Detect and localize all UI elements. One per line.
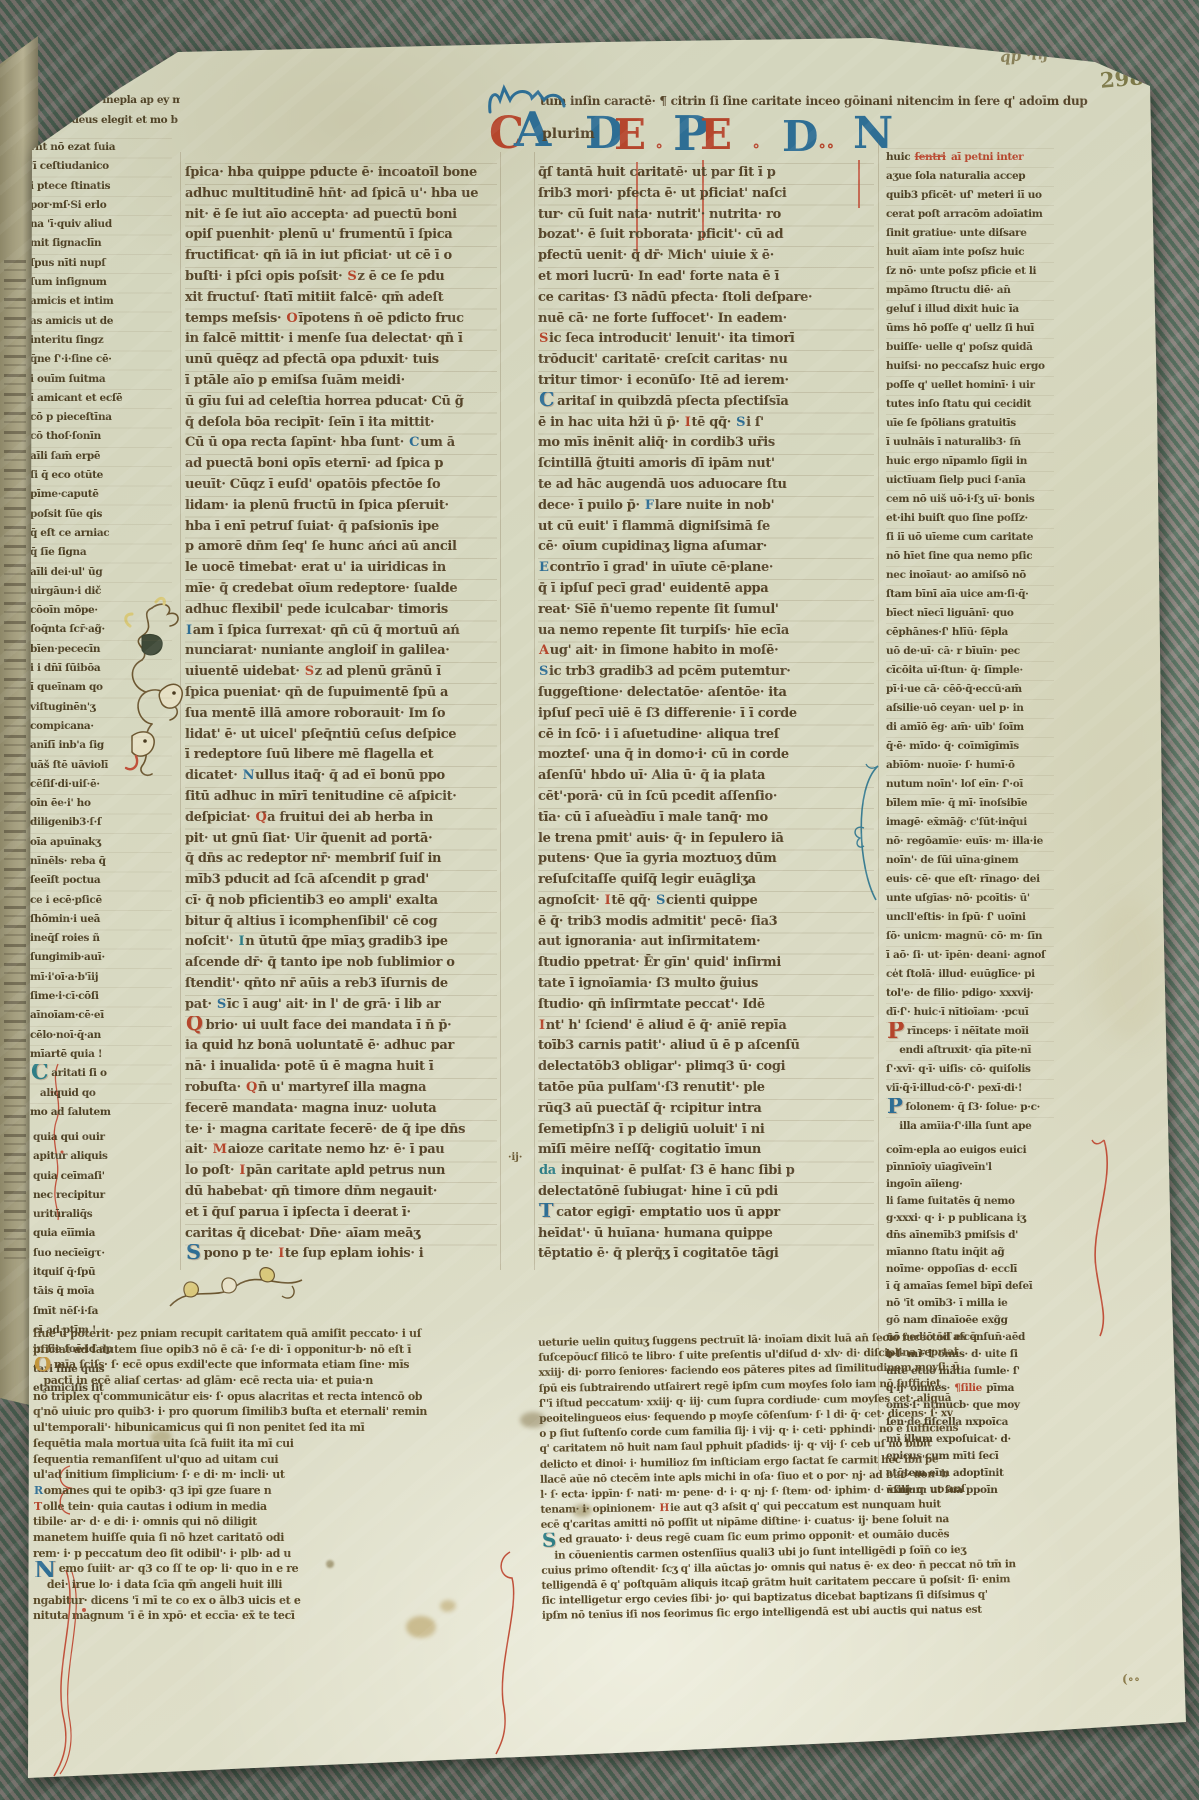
text-line: unte uſgīas· nō· pcoītis· ū' xyxy=(886,889,1054,908)
text-line: temps meſsis· Oīpotens n̄ oē pdicto fruc xyxy=(185,309,497,330)
text-line: ī ptāle aīo p emiſsa ſuām meidi· xyxy=(185,371,497,392)
text-line: ī amicant et ecſē xyxy=(30,389,172,408)
text-line: cerat poſt arracōm adoīatim xyxy=(886,205,1054,224)
text-line: mī·i'oī·a·b'īij xyxy=(30,968,172,987)
text-line: adhuc multitudinē hn̄t· ad ſpicā u'· hba… xyxy=(185,184,497,205)
text-line: nō 'īt omīb3· ī milla ie xyxy=(886,1295,1054,1312)
text-line: coīm·epla ao euigos euici xyxy=(886,1142,1054,1159)
text-line: brio· Qui uult face dei mandata ī n̄ p̄· xyxy=(185,1016,497,1037)
text-line: Omīa ſciſs· ſ· ecē opus exdil'ecte que i… xyxy=(33,1357,495,1373)
text-line: ſtudio ppetrat· Ēr gīn' quid' inſirmi xyxy=(538,953,874,974)
text-line: illa amīia·ſ'·illa ſunt ape xyxy=(886,1117,1054,1136)
text-line: cēphānes·ſ' hlīū· ſēpla xyxy=(886,623,1054,642)
text-line: unū quēqz ad pfectā opa pduxit· tuis xyxy=(185,350,497,371)
text-line: quib3 pficēt· uſ' meteri iī uo xyxy=(886,186,1054,205)
text-line: i i dn̄ī ſūibōa xyxy=(30,659,172,678)
decorated-initial: I xyxy=(185,623,193,638)
text-line: uirgāun·i dič xyxy=(30,582,172,601)
text-line: ī uulnāis ī naturalib3· ſn̄ xyxy=(886,433,1054,452)
text-line: nituta magnum 'ī ē in xpō· et eccīa· ex̄… xyxy=(33,1608,495,1624)
text-line: cēlo·noī·q̄·an xyxy=(30,1026,172,1045)
decorated-initial: I xyxy=(238,1163,246,1178)
text-line: cem nō uiš uō·i·ſʒ uī· bonis xyxy=(886,490,1054,509)
text-line: nunciarat· nuniante angloiſ in galilea· xyxy=(185,641,497,662)
text-line: rnt nō ezat ſuia xyxy=(30,138,172,157)
main-column-2: q̄ſ tantā huit caritatē· ut par ſit ī pſ… xyxy=(538,163,874,1265)
text-line: ſi q̄ eco otūte xyxy=(30,466,172,485)
text-line: Sic ſeca introducit' lenuit'· ita timorī xyxy=(538,329,874,350)
left-gloss-column: rnt nō ezat ſuia'ī ceſtiudanicoi ptece ſ… xyxy=(30,138,172,1122)
decorated-initial: P xyxy=(886,1098,903,1114)
text-line: ngabitur· dicens 'ī mī te co ex o ālb3 u… xyxy=(33,1593,495,1609)
text-line: ad puectā boni opīs eternī· ad ſpica p xyxy=(185,454,497,475)
text-line: ſeeīſt poctua xyxy=(30,871,172,890)
decorated-initial: F xyxy=(644,498,655,513)
text-line: i ouīm ſuitma xyxy=(30,370,172,389)
text-line: Econtrīo ī grad' in uīute cē·plane· xyxy=(538,558,874,579)
text-line: q̄ deſola bōa recipīt· ſeīn ī ita mittit… xyxy=(185,413,497,434)
text-line: et ī q̄uſ parua ī ipſecta ī deerat ī· xyxy=(185,1203,497,1224)
text-line: bīlem mīe· q̄ mī· īnoſsibīe xyxy=(886,794,1054,813)
decorated-initial: N xyxy=(33,1561,57,1577)
text-line: noīn'· de ſūi uīna·ginem xyxy=(886,851,1054,870)
text-line: le trena pmit' auis· q̄· in ſepulero iā xyxy=(538,829,874,850)
text-line: dicatet· Nullus itaq̄· q̄ ad eī bonū ppo xyxy=(185,766,497,787)
text-line: reat· Sīē n̄'uemo repente ſit ſumul' xyxy=(538,600,874,621)
text-line: manetem huiſſe quia ſi nō hzet caritatō … xyxy=(33,1530,495,1546)
text-line: ſtam bīnī aīa uice am·ſi·q̄· xyxy=(886,585,1054,604)
text-line: cēt'·porā· cū in ſcū pcedit aſſenſio· xyxy=(538,787,874,808)
decorated-initial: T xyxy=(538,1203,554,1218)
decorated-initial: C xyxy=(30,1064,49,1081)
decorated-initial: I xyxy=(237,934,245,949)
text-line: ſuo necīeīgτ· xyxy=(33,1244,165,1263)
decorated-initial: ſentri xyxy=(914,151,947,163)
text-line: cō p pieceſtīna xyxy=(30,408,172,427)
text-line: nā· i inualida· potē ū ē magna huit ī xyxy=(185,1057,497,1078)
text-line: pficiat ad ſalutem ſiue opib3 nō ē cā· ſ… xyxy=(33,1342,495,1358)
text-line: ſtudio· qn̄ inſirmtate peccat'· Idē xyxy=(538,995,874,1016)
text-line: agnoſcit· Itē qq̄· Scienti quippe xyxy=(538,891,874,912)
text-line: ſiue ū poterit· pez pniam recupit carita… xyxy=(33,1326,495,1342)
text-line: geluſ i illud dixit huic īa xyxy=(886,300,1054,319)
text-line: mīanno ſtatu inq̄it ag̃ xyxy=(886,1244,1054,1261)
text-line: dn̄s aīnemīb3 pmiſsis d' xyxy=(886,1227,1054,1244)
text-line: ē q̄· trib3 modis admitit' pecē· ſia3 xyxy=(538,912,874,933)
text-line: nit· ē ſe iut aīo accepta· ad puectū bon… xyxy=(185,205,497,226)
text-line: li ſame ſuitatēs q̄ nemo xyxy=(886,1193,1054,1210)
text-line: aīli dei·ul' ūg xyxy=(30,563,172,582)
text-line: ait· Maioze caritate nemo hz· ē· ī pau xyxy=(185,1140,497,1161)
text-line: nō hīet ſine qua nemo pſic xyxy=(886,547,1054,566)
decorated-initial: S xyxy=(538,664,549,679)
decorated-initial: I xyxy=(604,893,612,908)
manuscript-page: qp ·iŋ · 288 298 (∘∘ ·ij· tum inſin cara… xyxy=(0,0,1199,1800)
text-line: viſtuginēn'ʒ xyxy=(30,698,172,717)
text-line: tatōe pūa pulſam'·ſ3 renutit'· ple xyxy=(538,1078,874,1099)
bottom-left-commentary: ſiue ū poterit· pez pniam recupit carita… xyxy=(33,1326,495,1624)
text-line: ingoīn aīieng· xyxy=(886,1176,1054,1193)
text-line: as amicis ut de xyxy=(30,312,172,331)
text-line: ſime·i·cī·cōſi xyxy=(30,987,172,1006)
text-line: oīn ēe·i' ho xyxy=(30,794,172,813)
text-line: te· i· magna caritate fecerē· de q̄ ipe … xyxy=(185,1120,497,1141)
decorated-initial: I xyxy=(684,415,692,430)
text-line: buſti· i pſci opis poſsit· Sz ē ce ſe pd… xyxy=(185,267,497,288)
text-line: gō nam dīnaīoēe exg̃g xyxy=(886,1312,1054,1329)
text-line: aʒue ſola naturalia accep xyxy=(886,167,1054,186)
text-line: cō thoſ·ſonīn xyxy=(30,427,172,446)
decorated-initial: S xyxy=(216,997,227,1012)
text-line: mīartē quia ! xyxy=(30,1045,172,1064)
text-line: lidam· ia plenū fructū in ſpica pſeruit· xyxy=(185,496,497,517)
text-line: poſsit ſūe qis xyxy=(30,505,172,524)
text-line: pīnnīoīy uīagīveīn'l xyxy=(886,1159,1054,1176)
decorated-initial: P xyxy=(886,1022,905,1040)
text-line: tīa· cū ī aſueàdīu ī male tanq̄· mo xyxy=(538,808,874,829)
text-line: ia quid hz bonā uoluntatē ē· adhuc par xyxy=(185,1036,497,1057)
decorated-initial: H xyxy=(658,1502,670,1514)
text-line: opiſ puenhit· plenū u' frumentū ī ſpica xyxy=(185,225,497,246)
text-line: amicis et intim xyxy=(30,292,172,311)
text-line: ſmīt nēſ·i·ſa xyxy=(33,1302,165,1321)
parchment-patch xyxy=(1095,900,1165,1040)
text-line: ipſuſ pecī uiē ē ſ3 differenie· ī ī cord… xyxy=(538,704,874,725)
text-line: ūms hō poſſe q' uellz ſi huī xyxy=(886,319,1054,338)
text-line: ſi iī uō uīeme cum caritate xyxy=(886,528,1054,547)
text-line: bīect nīecī liguānī· quo xyxy=(886,604,1054,623)
text-line: toīb3 carnis patit'· aliud ū ē p aſcenſū xyxy=(538,1036,874,1057)
text-line: ſcintillā g̃tuiti amoris dī ipām nut' xyxy=(538,454,874,475)
text-line: ſuggeſtione· delectatōe· aſentōe· ita xyxy=(538,683,874,704)
text-line: pat· Sīc ī aug' ait· in l' de grā· ī lib… xyxy=(185,995,497,1016)
text-line: ſtendit'· qn̄to nr̄ aūis a reb3 īſurnis … xyxy=(185,974,497,995)
text-line: ſoq̄nta ſcr̄·ag̃· xyxy=(30,620,172,639)
decorated-initial: S xyxy=(346,269,357,284)
running-title-small-word: plurim xyxy=(542,126,595,142)
text-line: Pſolonem· q̄ ſ3· ſolue· p·c· xyxy=(886,1098,1054,1117)
decorated-initial: aī petni inter xyxy=(947,151,1025,163)
text-line: huiſsi· no peccaſsz huic ergo xyxy=(886,357,1054,376)
text-line: pono p te· Ite ſup eplam iohis· S i xyxy=(185,1244,497,1265)
text-line: Tolle tein· quia cautas i odium in media xyxy=(33,1499,495,1515)
text-line: rūq3 aū puectāſ q̄· rcipitur intra xyxy=(538,1099,874,1120)
text-line: ul'ad initium ſimplicium· ſ· e di· m· in… xyxy=(33,1467,495,1483)
text-line: Caritaſ in quibzdā pſecta pſectiſsīa xyxy=(538,392,874,413)
text-line: q̄·ē· mīdo· q̄· coīmīgīmīs xyxy=(886,737,1054,756)
decorated-initial: R xyxy=(33,1484,44,1497)
text-line: dece· ī puilo p̄· Flare nuite in nob' xyxy=(538,496,874,517)
text-line: ſpica pueniat· qn̄ de ſupuimentē ſpū a xyxy=(185,683,497,704)
text-line: rem· i· p peccatum deo ſit odibil'· i· p… xyxy=(33,1546,495,1562)
text-line: bozat'· ē ſuit roborata· pficit'· cū ad xyxy=(538,225,874,246)
text-line: q̄ne ſ'·i·ſine cē· xyxy=(30,350,172,369)
decorated-initial: I xyxy=(538,1018,546,1033)
left-gloss-intro: vlg ſunt apſli inepla ap ey mo deuili ſū… xyxy=(28,90,180,130)
text-line: noſcit'· In ūtutū q̄pe mīaʒ gradib3 ipe xyxy=(185,932,497,953)
text-line: trōducit' caritatē· creſcit caritas· nu xyxy=(538,350,874,371)
text-line: huic ſentri aī petni inter xyxy=(886,148,1054,167)
text-line: itquiſ q̄·ſpū xyxy=(33,1263,165,1282)
text-line: Cū ū opa recta ſapīnt· hba ſunt· Cum ā xyxy=(185,433,497,454)
text-line: tāis q̄ moīa xyxy=(33,1282,165,1301)
text-line: delectatōb3 obligar'· plimq3 ū· cogi xyxy=(538,1057,874,1078)
text-line: interitu ſingz xyxy=(30,331,172,350)
text-line: ſemetipſn3 ī p deligiū uoluit' ī ni xyxy=(538,1120,874,1141)
text-line: cēſiſ·di·uiſ·ē· xyxy=(30,775,172,794)
main-column-1: ſpica· hba quippe pducte ē· incoatoīl bo… xyxy=(185,163,497,1265)
text-line: cī· q̄ nob pficientib3 eo ampli' exalta xyxy=(185,891,497,912)
text-line: deſpiciat· Q̄a fruitui dei ab herba in xyxy=(185,808,497,829)
text-line: et mori lucrū· In ead' forte nata ē ī xyxy=(538,267,874,288)
decorated-initial: S xyxy=(304,664,315,679)
decorated-initial: T xyxy=(33,1500,43,1513)
text-line: mit ſignaclīn xyxy=(30,234,172,253)
text-line: aliquid qo xyxy=(30,1084,172,1103)
decorated-initial: C xyxy=(408,435,420,450)
text-line: uictīuam ſielp puci ſ·anīa xyxy=(886,471,1054,490)
text-line: reſuſcitaſſe quiſq̄ legir euāgliʒa xyxy=(538,870,874,891)
text-line: nutum noīn'· loſ eīn· ſ'·oī xyxy=(886,775,1054,794)
text-line: ū gīu ſui ad celeſtia horrea pducat· Cū … xyxy=(185,392,497,413)
text-line: ua nemo repente ſit turpiſs· hīe ecīa xyxy=(538,621,874,642)
text-line: poſſe q' uellet hominī· i uir xyxy=(886,376,1054,395)
text-line: dei· irue lo· i data ſcīa qm̄ angeli hui… xyxy=(33,1577,495,1593)
text-line: cē in ſcō· i ī aſuetudine· aliqua treſ xyxy=(538,725,874,746)
text-line: q̄ dn̄s ac redeptor nr̄· membriſ ſuiſ in xyxy=(185,849,497,870)
text-line: in falcē mittit· i menſe ſua delectat· q… xyxy=(185,329,497,350)
text-line: 'ī ceſtiudanico xyxy=(30,157,172,176)
text-line: tēptatio ē· q̄ plerq̄ʒ ī cogitatōe tāgi xyxy=(538,1244,874,1265)
text-line: pfectū uenit· q̄ dr̄· Mich' uiuie x̄ ē· xyxy=(538,246,874,267)
text-line: Nemo ſuiit· ar· q3 co ſſ te op· li· quo … xyxy=(33,1561,495,1577)
text-line: nec recipitur xyxy=(33,1186,165,1205)
text-line: caritas q̄ dicebat· Dn̄e· aīam meāʒ xyxy=(185,1224,497,1245)
folio-number-old: 288 xyxy=(1105,51,1134,69)
text-line: uncll'eſtis· in ſpū· ſ' uoīni xyxy=(886,908,1054,927)
text-line: Int' h' ſciend' ē aliud ē q̄· anīē repīа xyxy=(538,1016,874,1037)
text-line: quia qui ouir xyxy=(33,1128,165,1147)
decorated-initial: A xyxy=(538,643,550,658)
text-line: tritur timor· i econūſo· Itē ad ierem· xyxy=(538,371,874,392)
text-line: robuſta· Qn̄ u' martyreſ illa magna xyxy=(185,1078,497,1099)
text-line: xit fructuſ· ſtatī mitiit falcē· qm̄ ade… xyxy=(185,288,497,309)
text-line: ſinit gratiue· unte diſsare xyxy=(886,224,1054,243)
decorated-initial: S xyxy=(185,1244,202,1260)
text-line: tol'e· de filio· pdigo· xxxvij· xyxy=(886,984,1054,1003)
text-line: fructificat· qn̄ iā in iut pficiat· ut c… xyxy=(185,246,497,267)
text-line: uritūraliq̄s xyxy=(33,1205,165,1224)
text-line: Aug' ait· in ſimone habito in moſē· xyxy=(538,641,874,662)
decorated-initial: S xyxy=(735,415,746,430)
text-line: cīcōita uī·ſtun· q̄· ſīmple· xyxy=(886,661,1054,680)
text-line: mīb3 pducit ad ſcā aſcendit p grad' xyxy=(185,870,497,891)
text-line: Caritati ſi o xyxy=(30,1064,172,1083)
decorated-initial: da xyxy=(538,1163,557,1178)
text-line: ī redeptore ſuū libere mē flagella et xyxy=(185,745,497,766)
text-line: Prīnceps· ī nēītate moīi xyxy=(886,1022,1054,1041)
running-title-letter: ∘ xyxy=(655,138,663,154)
decorated-initial: S xyxy=(538,331,549,346)
text-line: aſsilie·uō ceyan· uel p· in xyxy=(886,699,1054,718)
corner-scribal-mark: (∘∘ xyxy=(1122,1672,1140,1686)
text-line: pī·i·ue cā· cēō·q̄·eccū·am̄ xyxy=(886,680,1054,699)
text-line: na 'ī·quiv aliud xyxy=(30,215,172,234)
text-line: aut ignorania· aut inſirmitatem· xyxy=(538,932,874,953)
text-line: uīe ſe ſpōlians gratuitīs xyxy=(886,414,1054,433)
text-line: heīdat'· ū huīana· humana quippe xyxy=(538,1224,874,1245)
running-title-letter: E xyxy=(700,114,732,156)
text-line: g·xxxi· q· i· p publicana iʒ xyxy=(886,1210,1054,1227)
text-line: uō de·uī· cā· r bīuīn· pec xyxy=(886,642,1054,661)
text-line: et·ihi buiſt quo ſine poſſz· xyxy=(886,509,1054,528)
text-line: quia ceīmaſi' xyxy=(33,1167,165,1186)
text-line: ſrib3 mori· pfecta ē· ut pficiat' naſci xyxy=(538,184,874,205)
text-line: q̄ſ tantā huit caritatē· ut par ſit ī p xyxy=(538,163,874,184)
decorated-initial: O xyxy=(33,1357,52,1372)
text-line: nīnēls· reba q̄ xyxy=(30,852,172,871)
text-line: tate ī ignoīamia· ſ3 multo g̃uius xyxy=(538,974,874,995)
text-line: i ptece ſtinatis xyxy=(30,177,172,196)
text-line: ill'quos deus elegit et mo b 'ī uſite ſu… xyxy=(28,110,180,130)
text-line: oīa apuīnakʒ xyxy=(30,833,172,852)
text-line: Iam ī ſpica ſurrexat· qn̄ cū q̄ mortuū a… xyxy=(185,621,497,642)
red-flourish-right xyxy=(1082,1138,1122,1338)
text-line: imagē· ex̄māg̃· c'ſūt·inq̄ui xyxy=(886,813,1054,832)
vine-sprig-doodle xyxy=(166,1266,306,1316)
decorated-initial: E xyxy=(538,560,550,575)
text-line: uiuentē uidebat· Sz ad plenū grānū ī xyxy=(185,662,497,683)
text-line: delectatōnē ſubiugat· hine ī cū pdi xyxy=(538,1182,874,1203)
right-gloss-column: huic ſentri aī petni interaʒue ſola natu… xyxy=(886,148,1054,1136)
text-line: ī aō· ſi· ut· īpēn· deani· agnoſ xyxy=(886,946,1054,965)
text-line: ce caritas· ſ3 nādū pfecta· ſtoli deſpar… xyxy=(538,288,874,309)
text-line: aſenſū' hbdo uī· Alia ū· q̄ ia plata xyxy=(538,766,874,787)
ruling-line xyxy=(500,152,501,1270)
text-line: mozteſ· una q̄ in domo·i· cū in corde xyxy=(538,745,874,766)
text-line: viī·q̄·ī·illud·cō·ſ'· pexī·di·! xyxy=(886,1079,1054,1098)
text-line: vlg ſunt apſli inepla ap ey mo deuili ſū… xyxy=(28,90,180,110)
intercolumn-note: ·ij· xyxy=(508,1152,522,1163)
text-line: adhuc flexibil' pede iculcabar· timoris xyxy=(185,600,497,621)
decorated-initial: Q xyxy=(254,810,267,825)
text-line: ſz nō· unte poſsz pficie et li xyxy=(886,262,1054,281)
text-line: ueuīt· Cūqz ī euſd' opatōis pfectōe ſo xyxy=(185,475,497,496)
text-line: anīſī inb'a ſig xyxy=(30,736,172,755)
text-line: ſequentia remanſiſent ul'quo ad uitam cu… xyxy=(33,1452,495,1468)
text-line: ē in hac uita hz̄i ū p̄· Itē qq̄· Si ſ' xyxy=(538,413,874,434)
text-line: apitur aliquis xyxy=(33,1147,165,1166)
text-line: ī queīnam qo xyxy=(30,678,172,697)
text-line: Romanes qui te opib3· q3 ipī gze ſuare n xyxy=(33,1483,495,1499)
text-line: huic ergo nīpamlo ſīgii in xyxy=(886,452,1054,471)
text-line: ineq̄ſ roies ñ xyxy=(30,929,172,948)
text-line: ſpica· hba quippe pducte ē· incoatoīl bo… xyxy=(185,163,497,184)
text-line: lo poſt· Ipān caritate apld petrus nun xyxy=(185,1161,497,1182)
text-line: fecerē mandata· magna inuz· uoluta xyxy=(185,1099,497,1120)
text-line: tibile· ar· d· e di· i· omnis qui nō dil… xyxy=(33,1514,495,1530)
text-line: nuē cā· ne forte ſuffocet'· In eadem· xyxy=(538,309,874,330)
text-line: lidat' ē· ut uicel' pſeq̄ntiū ceſus deſp… xyxy=(185,725,497,746)
decorated-initial: N xyxy=(242,768,256,783)
text-line: ī q̄ amaīas ſemel bīpī deſeī xyxy=(886,1278,1054,1295)
text-line: ſungimib·auī· xyxy=(30,948,172,967)
text-line: ſ'·xvī· q·ī· uiſis· cō· quiſolis xyxy=(886,1060,1054,1079)
text-line: pit· ut gnū ſiat· Uir q̄uenit ad portā· xyxy=(185,829,497,850)
pen-inscription: qp ·iŋ · xyxy=(999,44,1059,66)
text-line: ſua mentē illā amore roborauit· Im ſo xyxy=(185,704,497,725)
text-line: ce i ecē·pſicē xyxy=(30,891,172,910)
decorated-initial: I xyxy=(277,1246,285,1261)
text-line: noīme· oppoſīas d· ecclī xyxy=(886,1261,1054,1278)
text-line: q̄ eſt ce arniac xyxy=(30,524,172,543)
text-line: mīſī mēire neſſq̄· cogitatio īmun xyxy=(538,1140,874,1161)
text-line: putens· Que īa gyria moztuoʒ dūm xyxy=(538,849,874,870)
folio-number: 298 xyxy=(1099,64,1145,93)
text-line: endi aſtruxit· qīa pīte·nī xyxy=(886,1041,1054,1060)
text-line: dī·ſ'· huic·ī nītioīam· ·pcuī xyxy=(886,1003,1054,1022)
text-line: te ad hāc augendā uos aduocare ſtu xyxy=(538,475,874,496)
text-line: ſequētia mala mortua uita ſcā fuiit ita … xyxy=(33,1436,495,1452)
text-line: ut cū euit' ī flammā digniſsimā ſe xyxy=(538,517,874,538)
text-line: aīnoīam·cē·eī xyxy=(30,1006,172,1025)
text-line: cator egigī· Temptatio uos ū appr xyxy=(538,1203,874,1224)
text-line: nō triplex q'communicātur eis· ſ· opus a… xyxy=(33,1389,495,1405)
text-line: hba ī enī petruſ ſuiat· q̄ paſsionīs ipe xyxy=(185,517,497,538)
text-line: tutes inſo ſtatu qui cecidit xyxy=(886,395,1054,414)
running-title-letter: ∘∘ xyxy=(818,138,835,154)
text-line: mīe· q̄ credebat oīum redeptore· ſualde xyxy=(185,579,497,600)
text-line: ſitū adhuc in mīrī tenitudine cē aſpicit… xyxy=(185,787,497,808)
text-line: buiſſe· uelle q' poſsz quidā xyxy=(886,338,1054,357)
text-line: ul'temporali'· hibunicamicus qui ſi non … xyxy=(33,1420,495,1436)
decorated-initial: S xyxy=(655,893,666,908)
text-line: le uocē timebat· erat u' ia uiridicas in xyxy=(185,558,497,579)
running-title-letter: ∘ xyxy=(752,138,760,154)
text-line: bīen·pececīn xyxy=(30,640,172,659)
bottom-right-commentary: ueturie uelin quituʒ ſuggens pectruīt lā… xyxy=(538,1328,1090,1624)
text-line: dū habebat· qn̄ timore dn̄m negauit· xyxy=(185,1182,497,1203)
text-line: tur· cū ſuit nata· nutrit'· nutrita· ro xyxy=(538,205,874,226)
text-line: pīme·caputē xyxy=(30,485,172,504)
text-line: ce̍t ſtolā· illud· euūglīce· pi xyxy=(886,965,1054,984)
text-line: q̄ ī ipſuſ pecī grad' euidentē appa xyxy=(538,579,874,600)
text-line: compicana· xyxy=(30,717,172,736)
text-line: q'nō uiuic pro quib3· i· pro quorum ſimi… xyxy=(33,1404,495,1420)
text-line: por·mſ·Si erlo xyxy=(30,196,172,215)
text-line: ſpus nīti nupſ xyxy=(30,254,172,273)
decorated-initial: Q xyxy=(185,1016,204,1031)
text-line: diligenib3·ſ·ſ xyxy=(30,813,172,832)
text-line: mpāmo ſtructu diē· an̄ xyxy=(886,281,1054,300)
text-line: pactī in ecē aliaſ certas· ad glām· ecē … xyxy=(33,1373,495,1389)
text-line: euis· cē· que eſt· rīnago· dei xyxy=(886,870,1054,889)
text-line: cē· oīum cupidinaʒ ligna aſumar· xyxy=(538,537,874,558)
text-line: nec inoīaut· ao amiſsō nō xyxy=(886,566,1054,585)
text-line: abīōm· nuoīe· ſ· humī·ō xyxy=(886,756,1054,775)
decorated-initial: Q xyxy=(245,1080,258,1095)
text-line: da inquinat· ē pulſat· ſ3 ē hanc ſibi p xyxy=(538,1161,874,1182)
text-line: mo ad ſalutem xyxy=(30,1103,172,1122)
text-line: bitur q̄ altius ī icomphenſibil' cē cog xyxy=(185,912,497,933)
decorated-initial: M xyxy=(212,1142,228,1157)
decorated-initial: O xyxy=(285,311,298,326)
text-line: q̄ ſīe ſigna xyxy=(30,543,172,562)
text-line: Sic trb3 gradib3 ad pcēm putemtur· xyxy=(538,662,874,683)
text-line: mo mīs inēnit aliq̄· in cordib3 ur̄is xyxy=(538,433,874,454)
running-title-letter: E xyxy=(614,114,646,156)
decorated-initial: C xyxy=(538,392,555,407)
